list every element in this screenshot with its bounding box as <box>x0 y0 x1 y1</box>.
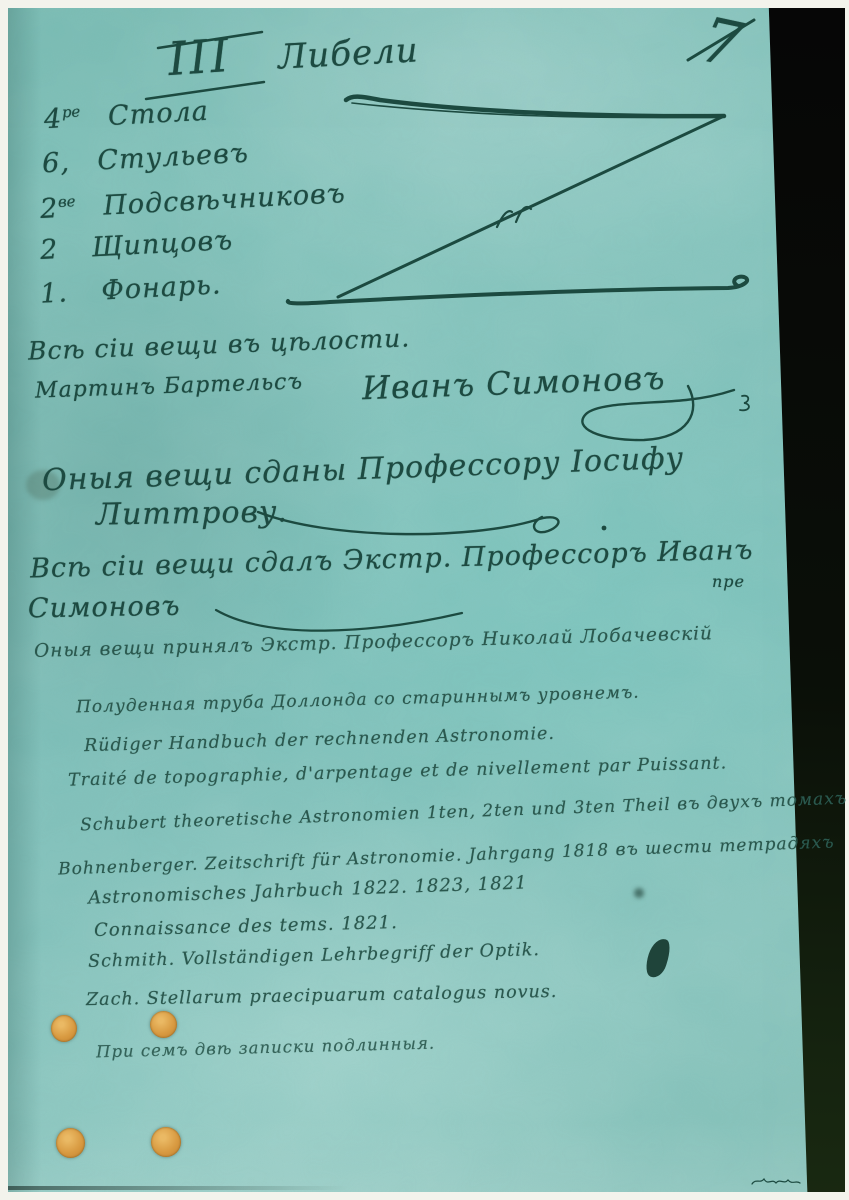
heading-title: Либели <box>277 30 420 77</box>
wormhole <box>151 1127 181 1157</box>
inventory-qty-suffix <box>57 234 58 252</box>
inventory-qty: 4 <box>43 103 63 135</box>
inventory-qty: 2 <box>39 193 59 225</box>
littrow-transfer-line2: Литтрову. <box>96 494 289 532</box>
inventory-qty-suffix: ве <box>58 192 76 211</box>
inventory-qty-suffix: ре <box>61 102 80 121</box>
heading-numeral: III <box>166 28 233 86</box>
inventory-item: Стола <box>107 96 209 132</box>
inventory-item: Фонарь. <box>101 269 223 306</box>
manuscript-scan: III Либели 7 4ре Стола 6, Стульевъ 2ве П… <box>0 0 849 1200</box>
simonov-transfer-insert: пре <box>712 572 745 591</box>
wormhole <box>150 1011 177 1038</box>
inventory-qty-suffix <box>69 147 70 165</box>
inventory-qty: 6, <box>41 147 70 179</box>
page-corner-shadow <box>8 1186 348 1190</box>
inventory-qty: 1. <box>39 277 68 309</box>
inventory-qty-suffix <box>67 277 68 295</box>
simonov-transfer-line2: Симоновъ <box>28 591 181 625</box>
ink-speck <box>634 888 644 898</box>
wormhole <box>56 1128 85 1158</box>
inventory-qty: 2 <box>39 234 59 266</box>
wormhole <box>51 1015 77 1042</box>
